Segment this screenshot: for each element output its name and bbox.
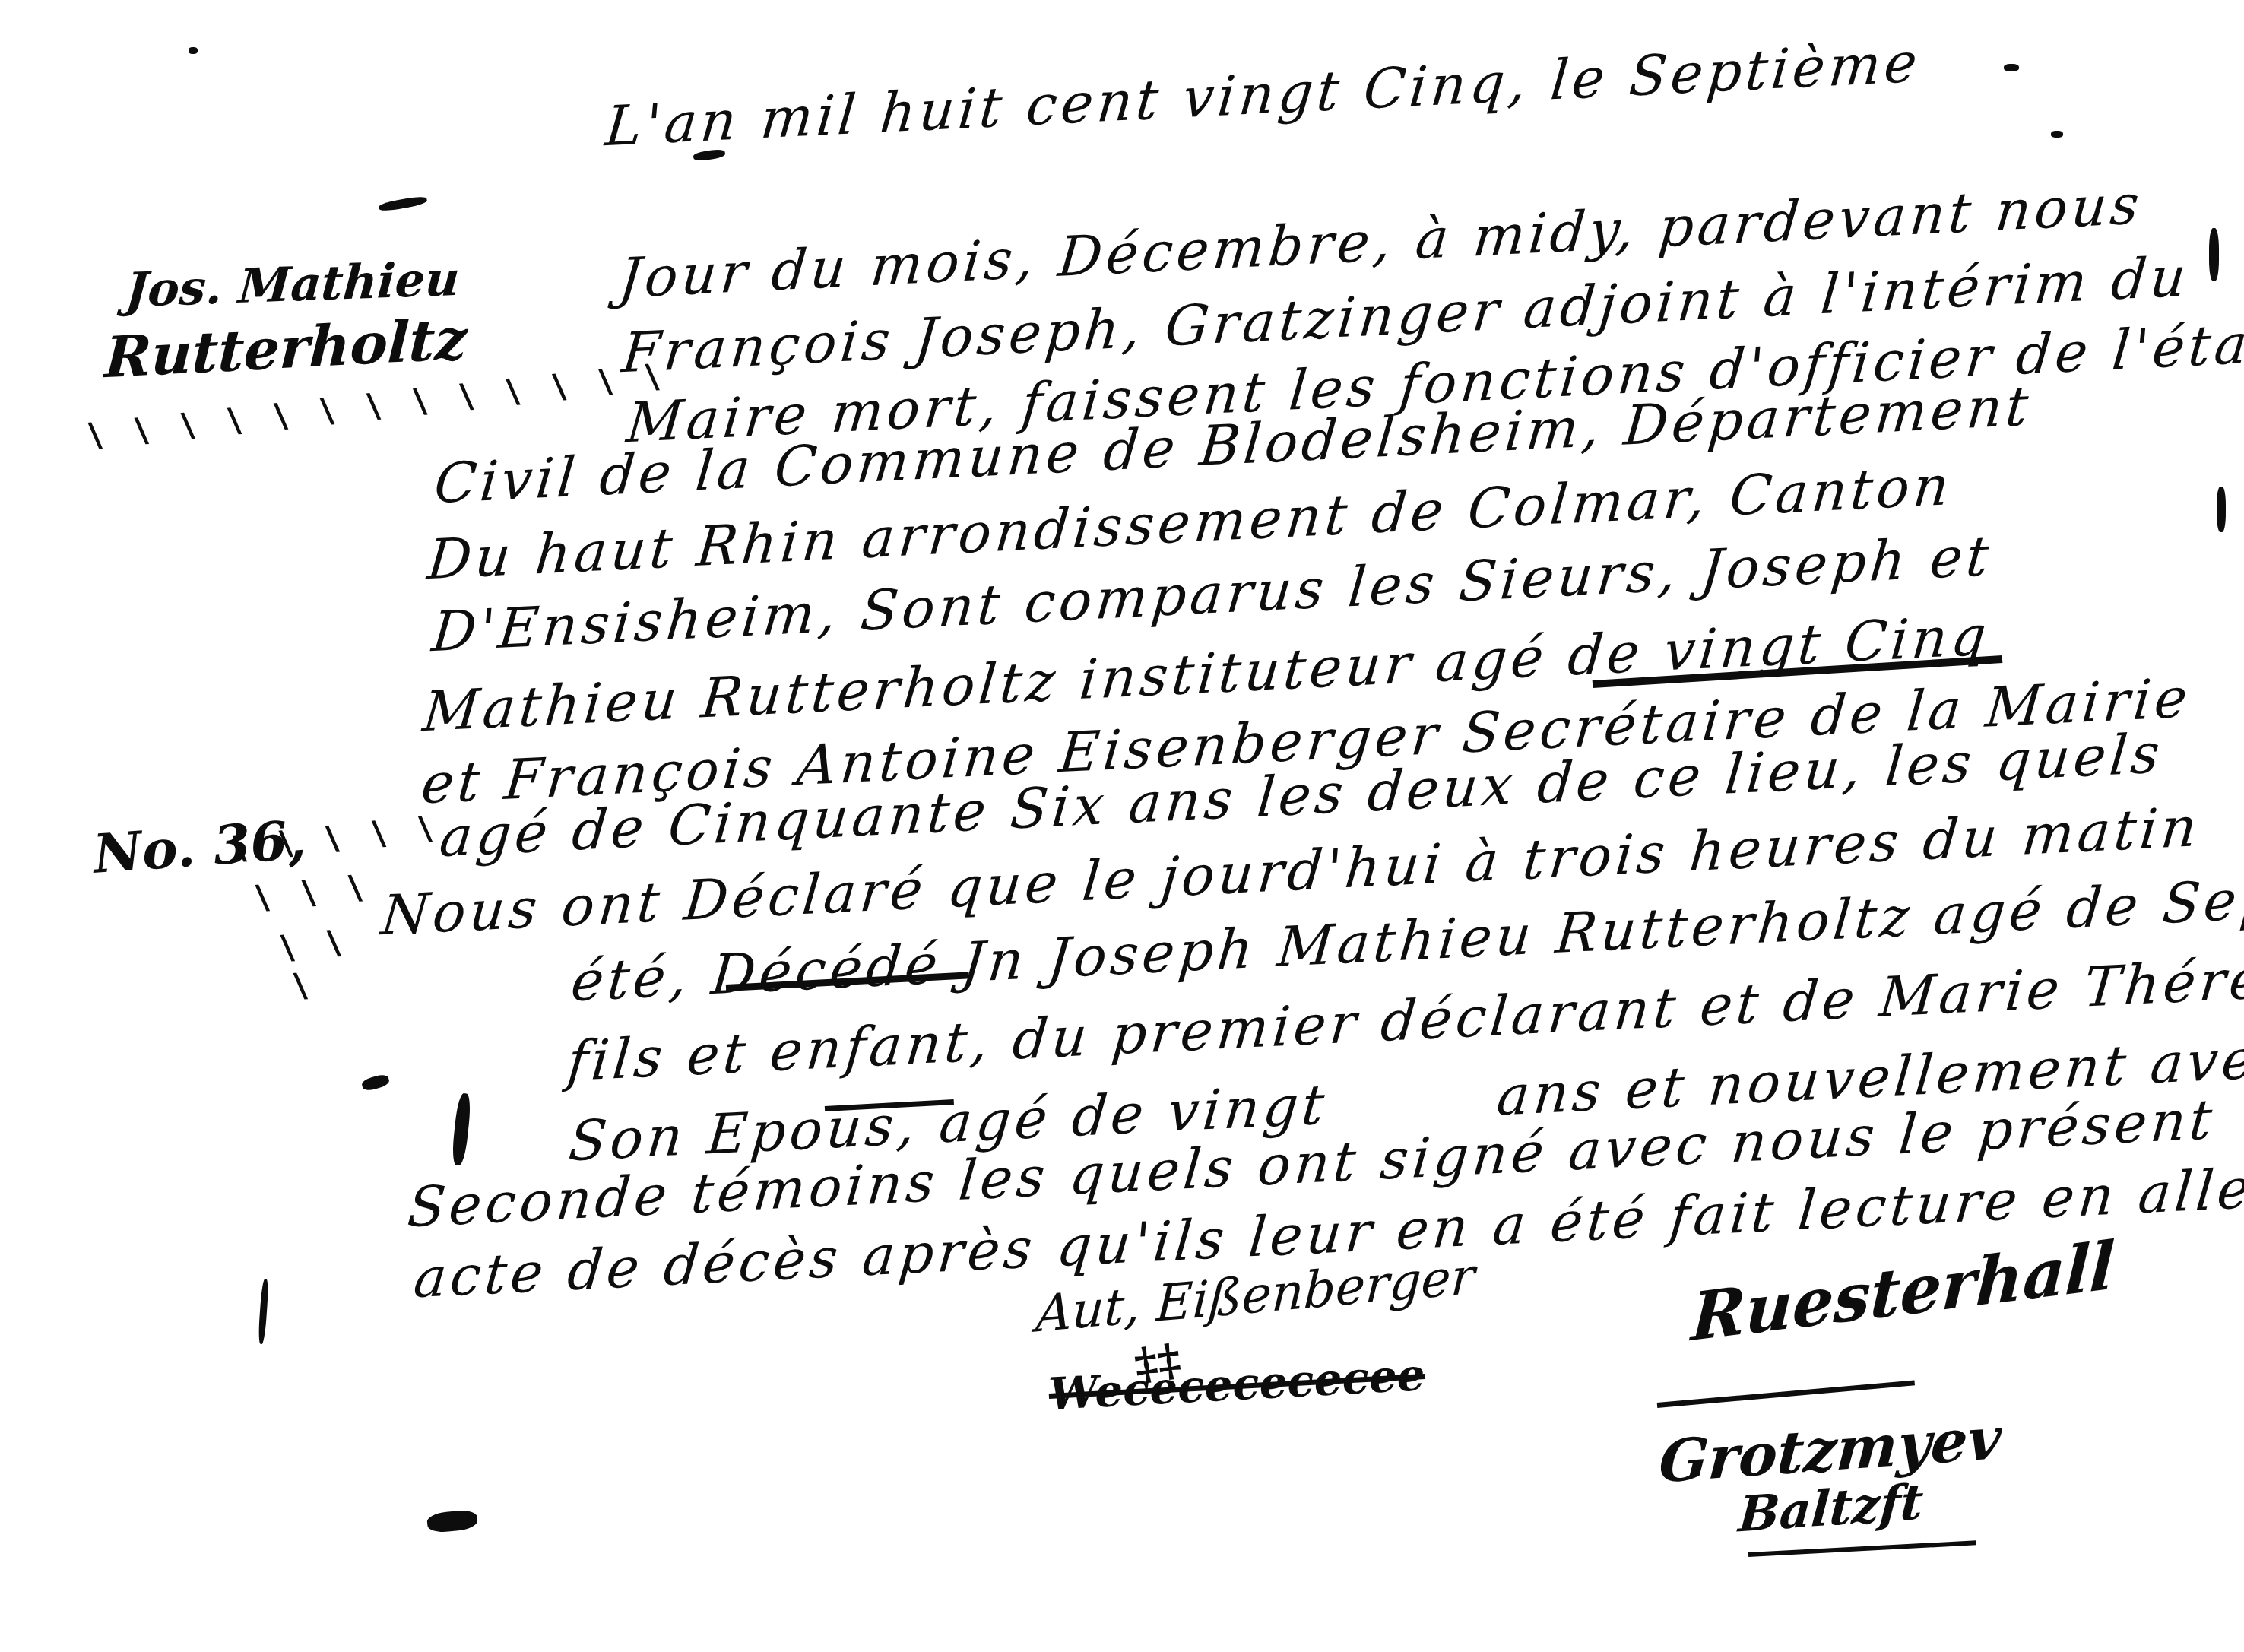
ink-speck — [426, 1509, 478, 1534]
scan-page: { "page": { "background_color": "#ffffff… — [0, 0, 2244, 1652]
ink-speck — [378, 195, 427, 213]
signature-underline-flourish — [1748, 1540, 1976, 1557]
ink-speck — [2217, 487, 2226, 532]
margin-note-name: Jos. Mathieu — [124, 251, 461, 319]
signature-witness: Ruesterhall — [1690, 1227, 2117, 1357]
signature-underline-flourish — [1657, 1380, 1915, 1408]
ink-speck — [189, 47, 198, 54]
flourish-dashes: \ \ \ — [255, 870, 375, 915]
signature-officer-2: Baltzft — [1737, 1473, 1925, 1543]
ink-speck — [2051, 131, 2063, 138]
ink-speck — [258, 1279, 269, 1344]
ink-speck — [2209, 228, 2219, 281]
crossed-out-scribble: Wecececececee — [1048, 1349, 1426, 1420]
ink-speck — [361, 1073, 391, 1092]
ink-speck — [2004, 64, 2019, 71]
flourish-dashes: \ — [293, 968, 320, 1004]
body-line-1: L'an mil huit cent vingt Cinq, le Septiè… — [603, 34, 1923, 154]
ink-speck — [451, 1092, 472, 1165]
margin-note-surname: Rutterholtz — [103, 306, 468, 391]
flourish-dashes: \ \ — [280, 924, 353, 965]
